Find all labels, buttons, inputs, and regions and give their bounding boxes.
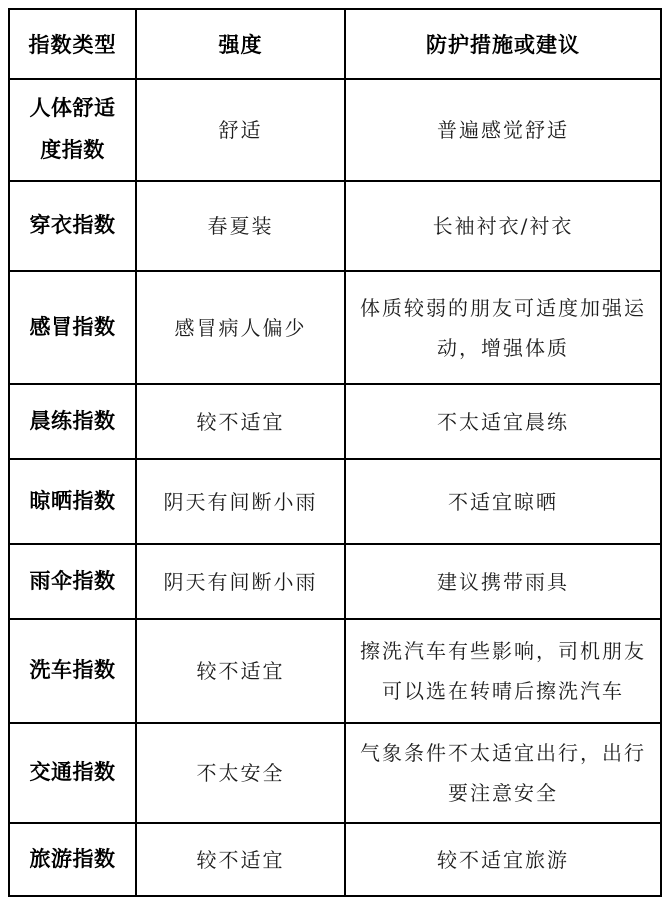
life-index-table: 指数类型 强度 防护措施或建议 人体舒适度指数 舒适 普遍感觉舒适 穿衣指数 春…: [8, 8, 662, 897]
table-header-row: 指数类型 强度 防护措施或建议: [9, 9, 661, 79]
cell-strength: 春夏装: [136, 181, 345, 271]
cell-strength: 较不适宜: [136, 619, 345, 723]
cell-advice: 气象条件不太适宜出行，出行要注意安全: [345, 723, 661, 823]
cell-index-type: 晾晒指数: [9, 459, 136, 544]
cell-advice: 不太适宜晨练: [345, 384, 661, 459]
cell-index-type: 人体舒适度指数: [9, 79, 136, 181]
cell-index-type: 交通指数: [9, 723, 136, 823]
cell-strength: 较不适宜: [136, 823, 345, 896]
cell-index-type: 洗车指数: [9, 619, 136, 723]
cell-advice: 较不适宜旅游: [345, 823, 661, 896]
cell-strength: 阴天有间断小雨: [136, 459, 345, 544]
life-index-table-container: 指数类型 强度 防护措施或建议 人体舒适度指数 舒适 普遍感觉舒适 穿衣指数 春…: [8, 8, 662, 897]
cell-index-type: 雨伞指数: [9, 544, 136, 619]
cell-advice: 普遍感觉舒适: [345, 79, 661, 181]
table-row: 感冒指数 感冒病人偏少 体质较弱的朋友可适度加强运动，增强体质: [9, 271, 661, 384]
cell-advice: 体质较弱的朋友可适度加强运动，增强体质: [345, 271, 661, 384]
cell-strength: 较不适宜: [136, 384, 345, 459]
table-row: 雨伞指数 阴天有间断小雨 建议携带雨具: [9, 544, 661, 619]
cell-strength: 不太安全: [136, 723, 345, 823]
table-row: 洗车指数 较不适宜 擦洗汽车有些影响，司机朋友可以选在转晴后擦洗汽车: [9, 619, 661, 723]
table-row: 交通指数 不太安全 气象条件不太适宜出行，出行要注意安全: [9, 723, 661, 823]
cell-advice: 不适宜晾晒: [345, 459, 661, 544]
table-row: 晾晒指数 阴天有间断小雨 不适宜晾晒: [9, 459, 661, 544]
cell-advice: 长袖衬衣/衬衣: [345, 181, 661, 271]
header-index-type: 指数类型: [9, 9, 136, 79]
table-row: 旅游指数 较不适宜 较不适宜旅游: [9, 823, 661, 896]
table-row: 穿衣指数 春夏装 长袖衬衣/衬衣: [9, 181, 661, 271]
cell-advice: 擦洗汽车有些影响，司机朋友可以选在转晴后擦洗汽车: [345, 619, 661, 723]
cell-advice: 建议携带雨具: [345, 544, 661, 619]
cell-strength: 阴天有间断小雨: [136, 544, 345, 619]
table-row: 人体舒适度指数 舒适 普遍感觉舒适: [9, 79, 661, 181]
cell-index-type: 晨练指数: [9, 384, 136, 459]
cell-strength: 感冒病人偏少: [136, 271, 345, 384]
cell-strength: 舒适: [136, 79, 345, 181]
header-strength: 强度: [136, 9, 345, 79]
cell-index-type: 感冒指数: [9, 271, 136, 384]
header-advice: 防护措施或建议: [345, 9, 661, 79]
cell-index-type: 旅游指数: [9, 823, 136, 896]
cell-index-type: 穿衣指数: [9, 181, 136, 271]
table-row: 晨练指数 较不适宜 不太适宜晨练: [9, 384, 661, 459]
